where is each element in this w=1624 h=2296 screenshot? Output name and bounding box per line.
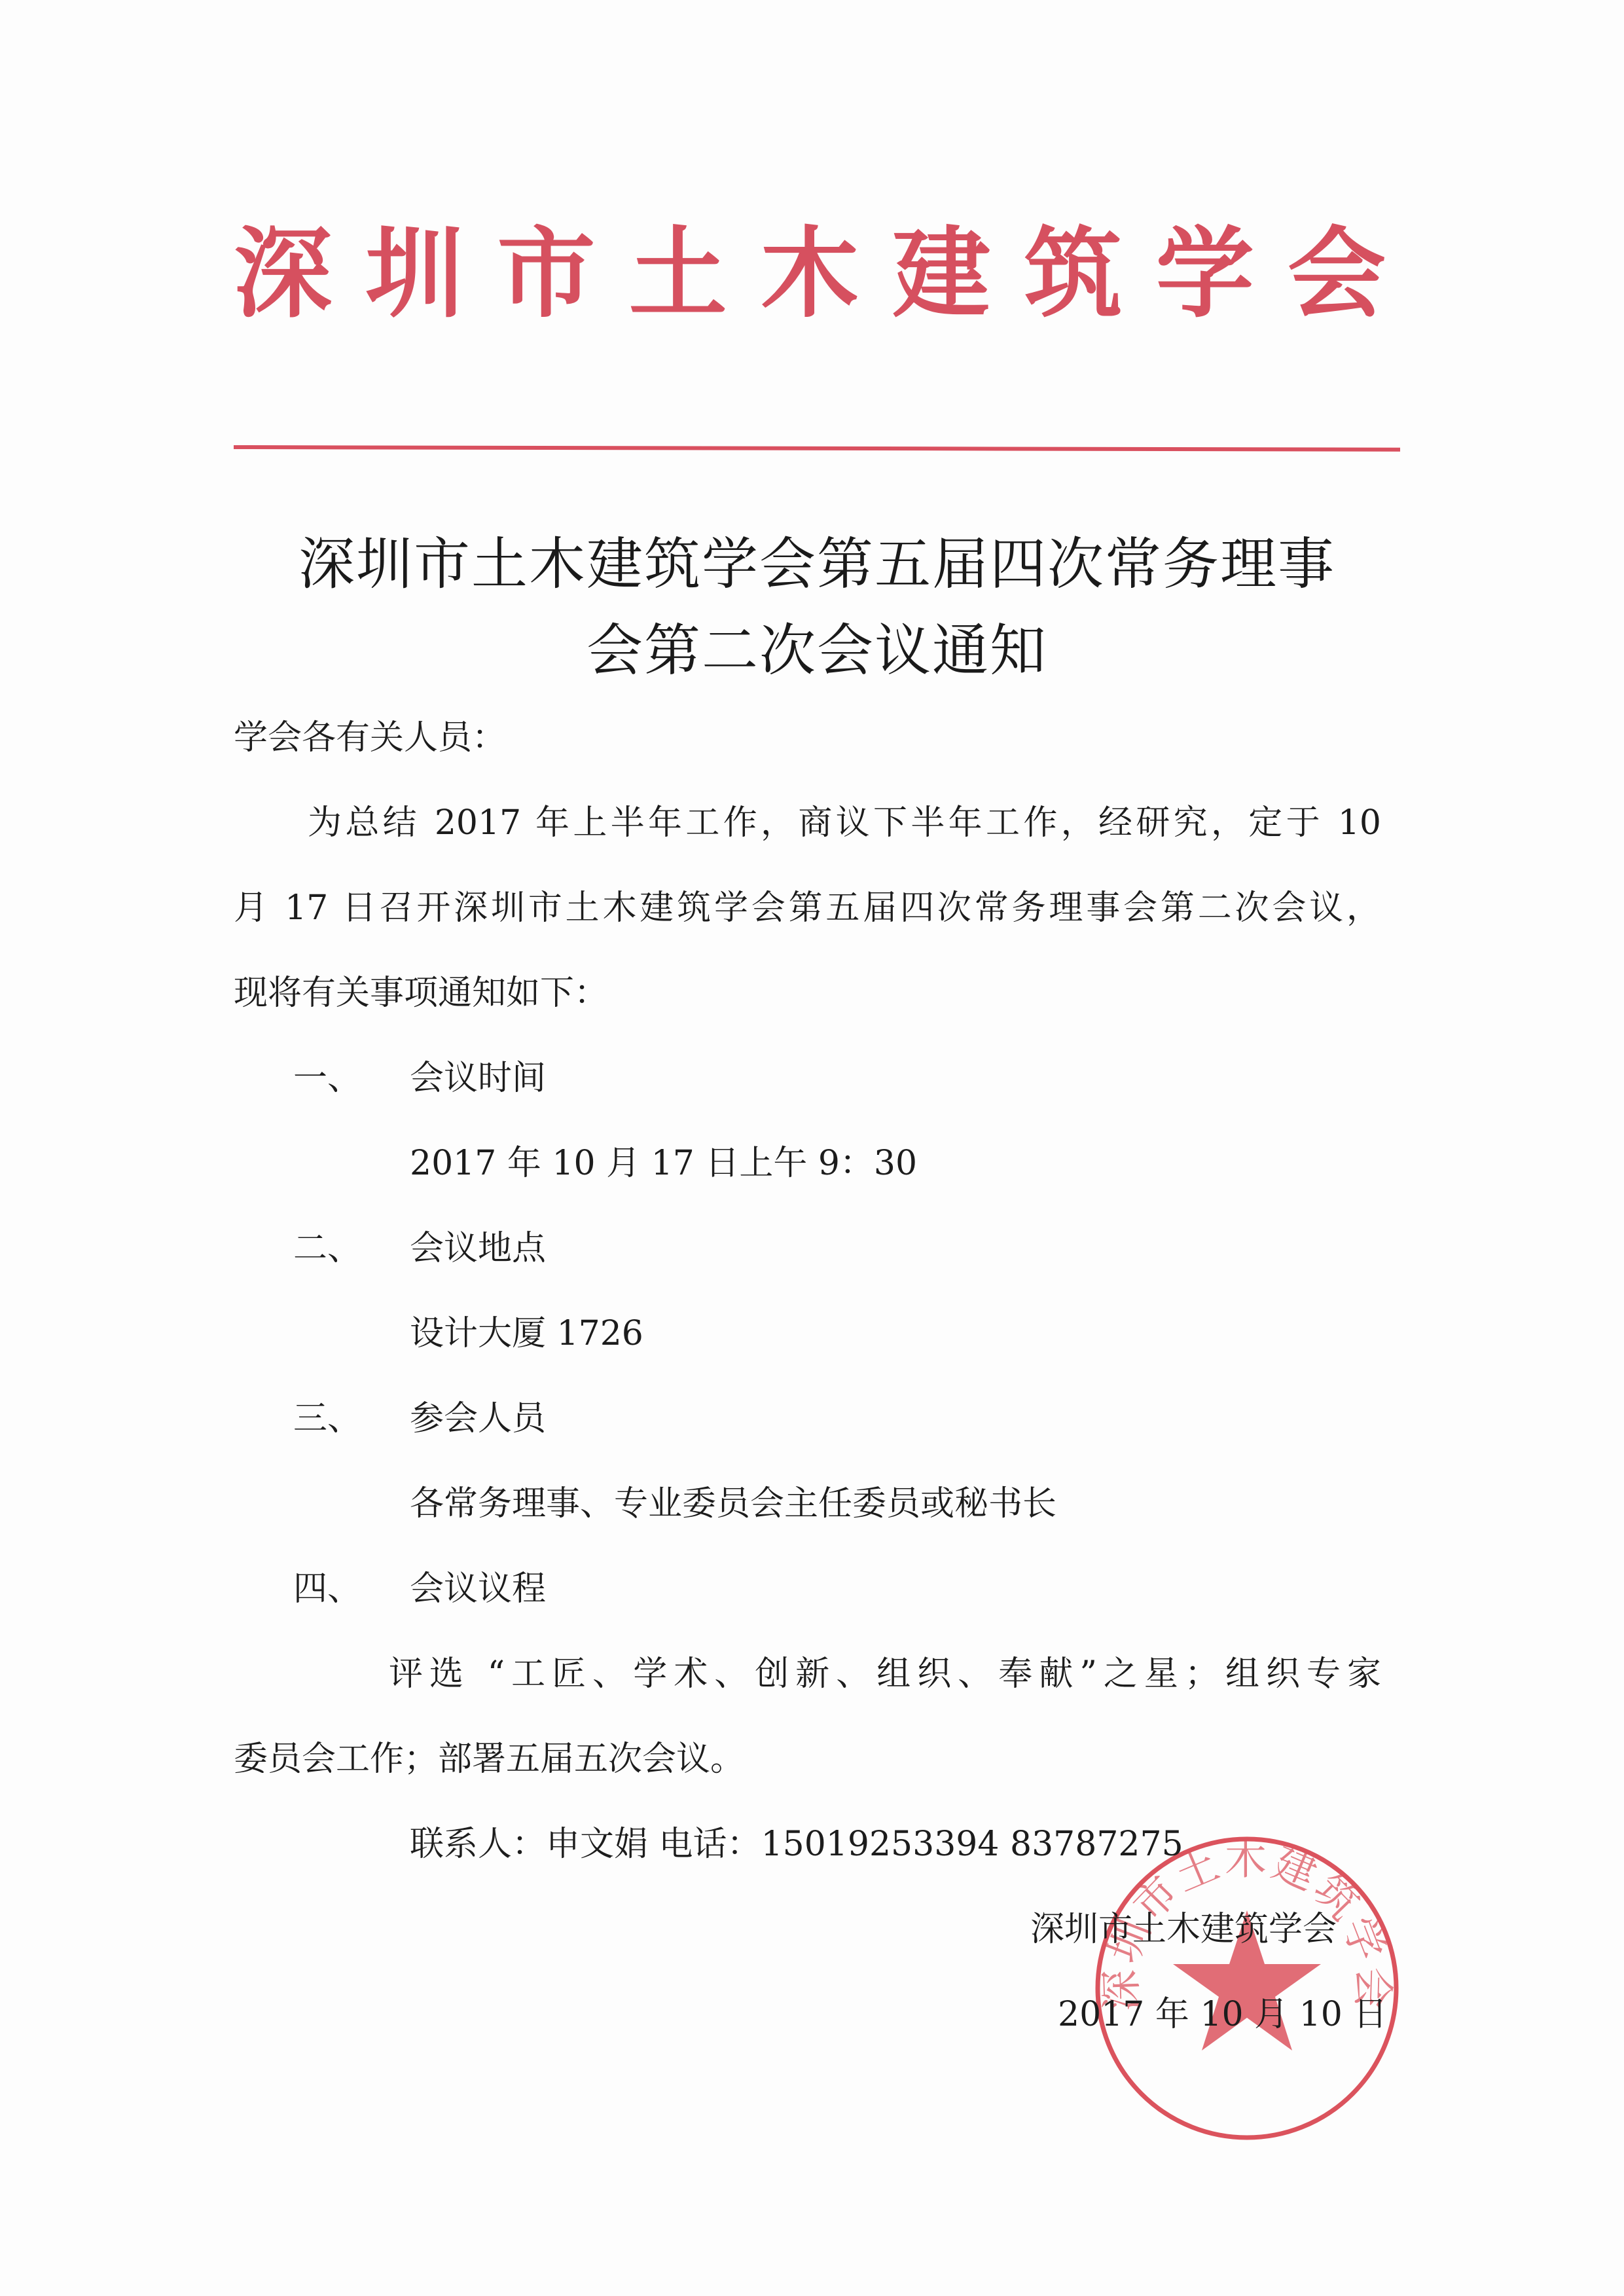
letterhead-char: 深 xyxy=(234,208,332,339)
agenda-line-1: 评选 “工匠、学术、创新、组织、奉献”之星；组织专家 xyxy=(389,1651,1381,1697)
section-number: 一、 xyxy=(293,1055,361,1101)
meeting-time: 2017 年 10 月 17 日上午 9：30 xyxy=(410,1140,917,1186)
document-title-line-2: 会第二次会议通知 xyxy=(234,618,1400,683)
intro-line-3: 现将有关事项通知如下： xyxy=(234,970,608,1016)
meeting-attendees: 各常务理事、专业委员会主任委员或秘书长 xyxy=(410,1481,1056,1527)
letterhead-char: 圳 xyxy=(365,208,463,339)
letterhead-char: 会 xyxy=(1288,208,1386,339)
letterhead-char: 学 xyxy=(1156,208,1254,339)
letterhead-char: 土 xyxy=(629,208,727,339)
intro-line-2: 月 17 日召开深圳市土木建筑学会第五届四次常务理事会第二次会议， xyxy=(234,885,1380,931)
letterhead-char: 市 xyxy=(497,208,596,339)
section-title-time: 会议时间 xyxy=(410,1055,546,1101)
official-seal: 深圳市土木建筑学会 xyxy=(1092,1833,1402,2143)
agenda-line-2: 委员会工作；部署五届五次会议。 xyxy=(234,1736,744,1782)
letterhead: 深 圳 市 土 木 建 筑 学 会 xyxy=(234,208,1386,339)
section-number: 三、 xyxy=(293,1396,361,1442)
contact-info: 联系人：申文娟 电话：15019253394 83787275 xyxy=(410,1821,1183,1867)
notice-page: 深 圳 市 土 木 建 筑 学 会 深圳市土木建筑学会第五届四次常务理事 会第二… xyxy=(0,0,1624,2296)
intro-line-1: 为总结 2017 年上半年工作，商议下半年工作，经研究，定于 10 xyxy=(308,800,1381,846)
salutation: 学会各有关人员： xyxy=(234,715,506,761)
signature-org: 深圳市土木建筑学会 xyxy=(1030,1906,1337,1952)
letterhead-char: 筑 xyxy=(1024,208,1123,339)
signature-date: 2017 年 10 月 10 日 xyxy=(1058,1992,1387,2037)
letterhead-divider xyxy=(234,445,1400,452)
section-number: 四、 xyxy=(293,1566,361,1612)
section-title-attendees: 参会人员 xyxy=(410,1396,546,1442)
document-title-line-1: 深圳市土木建筑学会第五届四次常务理事 xyxy=(234,532,1400,597)
section-number: 二、 xyxy=(293,1226,361,1271)
section-title-location: 会议地点 xyxy=(410,1226,546,1271)
letterhead-char: 建 xyxy=(892,208,990,339)
meeting-location: 设计大厦 1726 xyxy=(410,1311,643,1357)
letterhead-char: 木 xyxy=(761,208,859,339)
section-title-agenda: 会议议程 xyxy=(410,1566,546,1612)
